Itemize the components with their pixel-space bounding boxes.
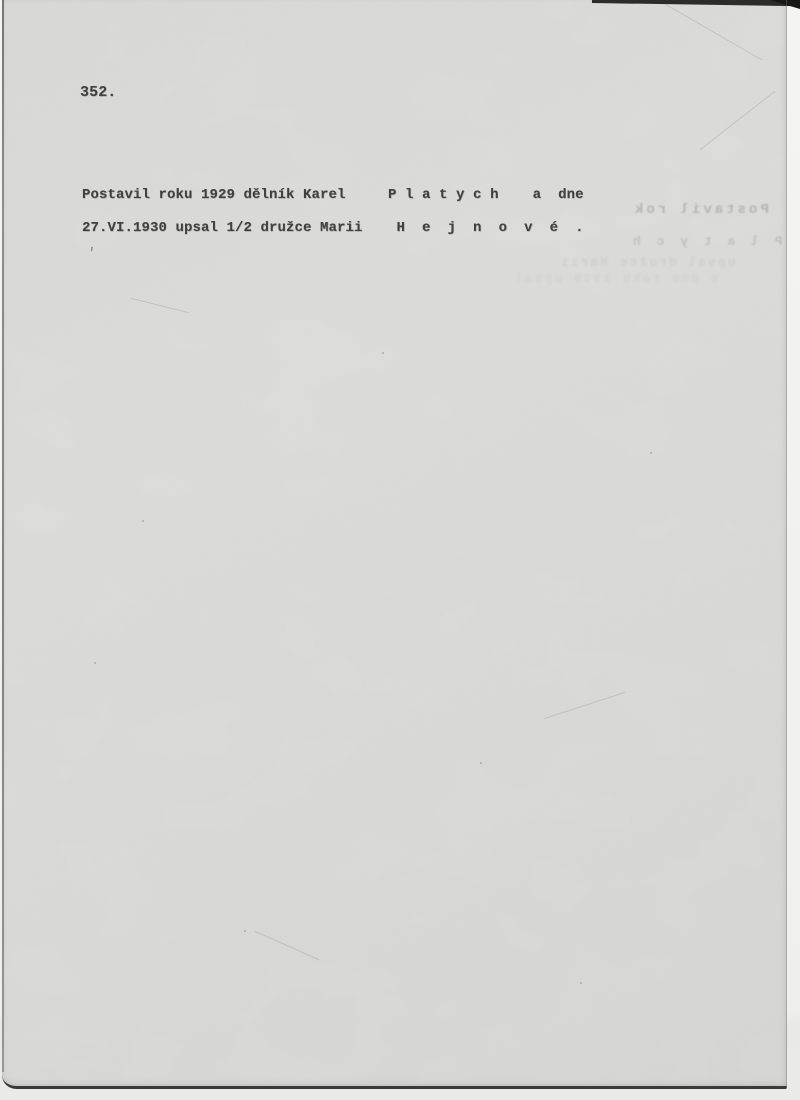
scan-edge-left bbox=[2, 0, 4, 1072]
paper-crease bbox=[632, 0, 762, 60]
scan-corner-shadow bbox=[770, 0, 800, 9]
paper-speck bbox=[244, 930, 246, 932]
paper-crease bbox=[255, 931, 319, 960]
paper-sheet: 352. Postavil roku 1929 dělník Karel P l… bbox=[2, 0, 787, 1089]
paper-crease bbox=[544, 692, 625, 719]
paper-speck bbox=[480, 762, 482, 764]
paper-speck bbox=[382, 352, 384, 354]
scan-edge-right bbox=[786, 0, 787, 1089]
paper-crease bbox=[131, 298, 189, 313]
paper-speck bbox=[142, 520, 144, 522]
typed-line-2: 27.VI.1930 upsal 1/2 družce Marii H e j … bbox=[82, 220, 584, 236]
scanned-document: 352. Postavil roku 1929 dělník Karel P l… bbox=[0, 0, 800, 1100]
stray-ink-mark: ' bbox=[86, 245, 97, 262]
bleedthrough-line-4: a dne roku 1930 upsal bbox=[454, 256, 719, 301]
page-number: 352. bbox=[80, 84, 116, 101]
bleedthrough-text: a dne roku 1930 upsal bbox=[513, 271, 719, 286]
paper-speck bbox=[94, 662, 96, 664]
bleedthrough-text: Postavil rok bbox=[632, 202, 769, 218]
paper-speck bbox=[650, 452, 652, 454]
paper-grain-texture bbox=[2, 0, 787, 1089]
paper-speck bbox=[580, 982, 582, 984]
typed-line-1: Postavil roku 1929 dělník Karel P l a t … bbox=[82, 187, 584, 203]
paper-crease bbox=[700, 91, 775, 150]
